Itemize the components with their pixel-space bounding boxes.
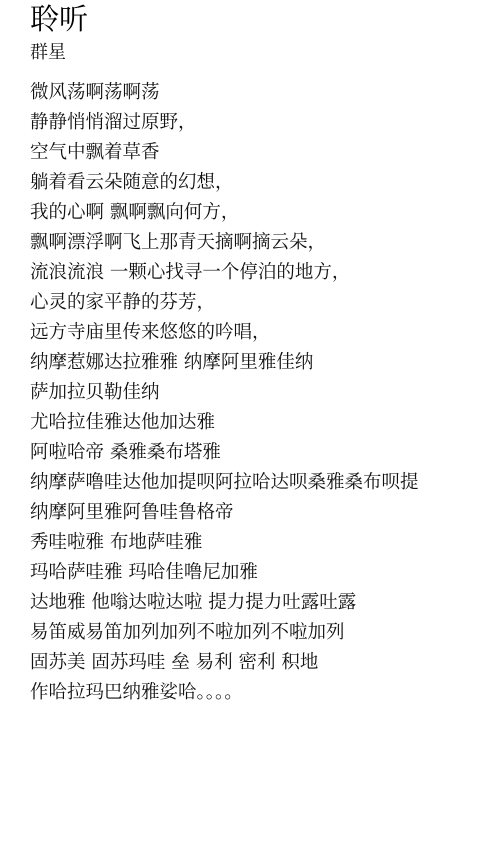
- lyric-line: 飘啊漂浮啊飞上那青天摘啊摘云朵，: [30, 228, 419, 258]
- lyric-line: 易笛威易笛加列加列不啦加列不啦加列: [30, 618, 419, 648]
- lyric-line: 空气中飘着草香: [30, 138, 419, 168]
- lyric-line: 秀哇啦雅 布地萨哇雅: [30, 528, 419, 558]
- lyrics-page: 聆听 群星 微风荡啊荡啊荡 静静悄悄溜过原野， 空气中飘着草香 躺着看云朵随意的…: [0, 0, 500, 850]
- lyric-line: 玛哈萨哇雅 玛哈佳噜尼加雅: [30, 558, 419, 588]
- song-title: 聆听: [30, 0, 88, 38]
- lyric-line: 纳摩惹娜达拉雅雅 纳摩阿里雅佳纳: [30, 348, 419, 378]
- lyric-line: 远方寺庙里传来悠悠的吟唱，: [30, 318, 419, 348]
- lyric-line: 静静悄悄溜过原野，: [30, 108, 419, 138]
- lyric-line: 躺着看云朵随意的幻想，: [30, 168, 419, 198]
- lyric-line: 达地雅 他嗡达啦达啦 提力提力吐露吐露: [30, 588, 419, 618]
- lyric-line: 尤哈拉佳雅达他加达雅: [30, 408, 419, 438]
- lyrics-list: 微风荡啊荡啊荡 静静悄悄溜过原野， 空气中飘着草香 躺着看云朵随意的幻想， 我的…: [30, 78, 419, 708]
- lyric-line: 流浪流浪 一颗心找寻一个停泊的地方，: [30, 258, 419, 288]
- lyric-line: 我的心啊 飘啊飘向何方，: [30, 198, 419, 228]
- lyric-line: 微风荡啊荡啊荡: [30, 78, 419, 108]
- lyric-line: 固苏美 固苏玛哇 垒 易利 密利 积地: [30, 648, 419, 678]
- lyric-line: 萨加拉贝勒佳纳: [30, 378, 419, 408]
- lyric-line: 作哈拉玛巴纳雅娑哈。。。。: [30, 678, 419, 708]
- song-artist: 群星: [30, 41, 66, 65]
- lyric-line: 心灵的家平静的芬芳，: [30, 288, 419, 318]
- lyric-line: 阿啦哈帝 桑雅桑布塔雅: [30, 438, 419, 468]
- lyric-line: 纳摩阿里雅阿鲁哇鲁格帝: [30, 498, 419, 528]
- lyric-line: 纳摩萨噜哇达他加提呗阿拉哈达呗桑雅桑布呗提: [30, 468, 419, 498]
